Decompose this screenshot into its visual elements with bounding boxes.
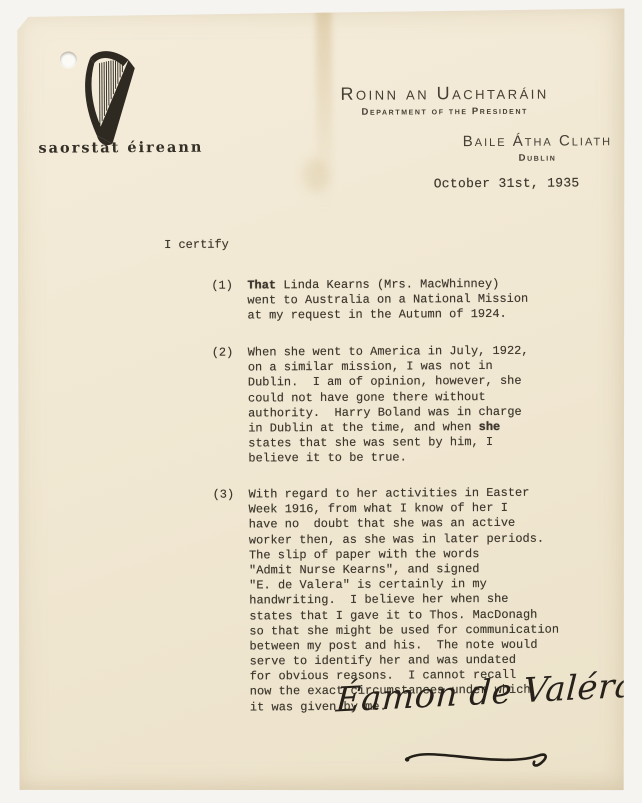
scanned-letter: saorstát éireann Roinn an Uachtaráin Dep…: [0, 0, 642, 803]
typed-line: so that she might be used for communicat…: [249, 622, 559, 639]
typed-line: worker then, as she was in later periods…: [249, 531, 559, 548]
punch-hole: [60, 51, 77, 67]
state-name-gaelic: saorstát éireann: [38, 139, 208, 157]
typed-line: That Linda Kearns (Mrs. MacWhinney): [247, 277, 528, 294]
paper-stain-spot: [303, 158, 329, 192]
office-title-english: Department of the President: [302, 105, 587, 118]
typed-line: With regard to her activities in Easter: [249, 486, 559, 503]
place-name-irish: Baile Átha Cliath: [442, 132, 632, 150]
typed-line: believe it to be true.: [248, 450, 529, 467]
signature-flourish: [402, 745, 562, 776]
item-number: (1): [211, 278, 247, 324]
place-name-english: Dublin: [442, 152, 632, 164]
typed-line: in Dublin at the time, and when she: [248, 420, 529, 437]
line-text: in Dublin at the time, and when: [248, 420, 479, 435]
item-text: That Linda Kearns (Mrs. MacWhinney) went…: [247, 277, 528, 324]
emphasized-word: she: [479, 420, 501, 434]
letter-page: saorstát éireann Roinn an Uachtaráin Dep…: [14, 6, 631, 794]
office-title-irish: Roinn an Uachtaráin: [302, 82, 587, 105]
typed-line: could not have gone there without: [248, 389, 529, 406]
item-number: (2): [212, 345, 249, 467]
certify-item-1: (1) That Linda Kearns (Mrs. MacWhinney) …: [211, 277, 528, 324]
item-number: (3): [213, 487, 250, 715]
letter-date: October 31st, 1935: [434, 175, 580, 191]
harp-emblem-icon: [82, 47, 141, 151]
typed-line: at my request in the Autumn of 1924.: [247, 307, 528, 324]
item-text: When she went to America in July, 1922, …: [248, 344, 530, 467]
letter-opening: I certify: [164, 238, 229, 252]
typed-line: on a similar mission, I was not in: [248, 359, 529, 376]
typed-line: went to Australia on a National Mission: [247, 292, 528, 309]
line-text: Linda Kearns (Mrs. MacWhinney): [276, 277, 499, 292]
typed-line: authority. Harry Boland was in charge: [248, 404, 529, 421]
emphasized-word: That: [247, 278, 276, 292]
certify-item-2: (2) When she went to America in July, 19…: [212, 344, 530, 467]
typed-line: states that she was sent by him, I: [248, 435, 529, 452]
typed-line: have no doubt that she was an active: [249, 516, 559, 533]
typed-line: Dublin. I am of opinion, however, she: [248, 374, 529, 391]
typed-line: states that I gave it to Thos. MacDonagh: [249, 607, 559, 624]
typed-line: When she went to America in July, 1922,: [248, 344, 529, 361]
